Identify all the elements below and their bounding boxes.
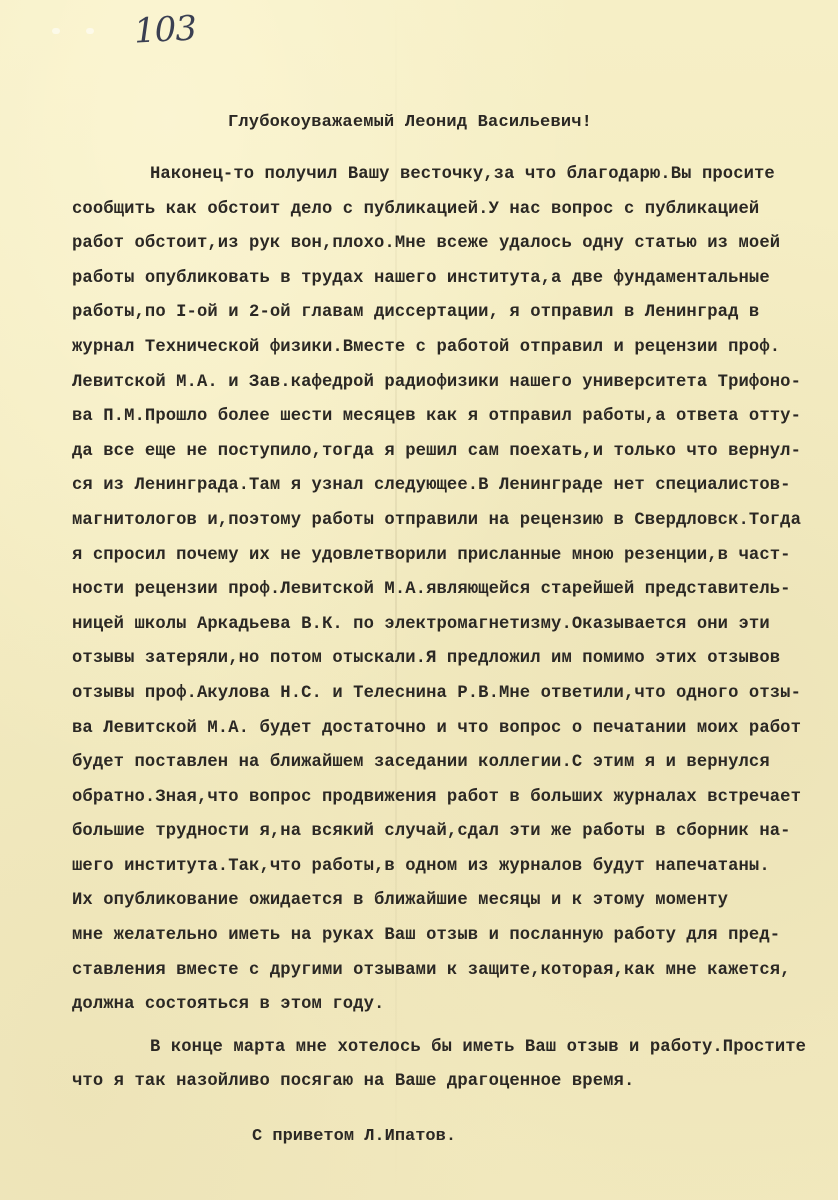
text-line: отзывы затеряли,но потом отыскали.Я пред… — [72, 642, 832, 677]
text-line: да все еще не поступило,тогда я решил са… — [72, 435, 832, 470]
text-line: должна состояться в этом году. — [72, 988, 832, 1023]
text-line: ся из Ленинграда.Там я узнал следующее.В… — [72, 469, 832, 504]
text-line: шего института.Так,что работы,в одном из… — [72, 850, 832, 885]
salutation: Глубокоуважаемый Леонид Васильевич! — [228, 113, 592, 132]
text-line: работы опубликовать в трудах нашего инст… — [72, 262, 832, 297]
text-line: ности рецензии проф.Левитской М.А.являющ… — [72, 573, 832, 608]
text-line: что я так назойливо посягаю на Ваше драг… — [72, 1065, 832, 1100]
text-line: В конце марта мне хотелось бы иметь Ваш … — [72, 1031, 832, 1066]
text-line: большие трудности я,на всякий случай,сда… — [72, 815, 832, 850]
punch-mark — [86, 28, 94, 34]
text-line: ва Левитской М.А. будет достаточно и что… — [72, 712, 832, 747]
text-line: я спросил почему их не удовлетворили при… — [72, 539, 832, 574]
text-line: ва П.М.Прошло более шести месяцев как я … — [72, 400, 832, 435]
signature: С приветом Л.Ипатов. — [252, 1127, 456, 1146]
text-line: Наконец-то получил Вашу весточку,за что … — [72, 158, 832, 193]
text-line: ставления вместе с другими отзывами к за… — [72, 954, 832, 989]
text-line: работ обстоит,из рук вон,плохо.Мне всеже… — [72, 227, 832, 262]
text-line: обратно.Зная,что вопрос продвижения рабо… — [72, 781, 832, 816]
letter-page: 103 Глубокоуважаемый Леонид Васильевич! … — [0, 0, 838, 1200]
text-line: журнал Технической физики.Вместе с работ… — [72, 331, 832, 366]
text-line: сообщить как обстоит дело с публикацией.… — [72, 193, 832, 228]
text-line: мне желательно иметь на руках Ваш отзыв … — [72, 919, 832, 954]
text-line: работы,по I-ой и 2-ой главам диссертации… — [72, 296, 832, 331]
text-line: Левитской М.А. и Зав.кафедрой радиофизик… — [72, 366, 832, 401]
text-line: магнитологов и,поэтому работы отправили … — [72, 504, 832, 539]
text-line: Их опубликование ожидается в ближайшие м… — [72, 884, 832, 919]
handwritten-page-number: 103 — [133, 8, 197, 51]
letter-body: Наконец-то получил Вашу весточку,за что … — [72, 158, 832, 1100]
text-line: будет поставлен на ближайшем заседании к… — [72, 746, 832, 781]
text-line: отзывы проф.Акулова Н.С. и Телеснина Р.В… — [72, 677, 832, 712]
punch-mark — [52, 28, 60, 34]
text-line: ницей школы Аркадьева В.К. по электромаг… — [72, 608, 832, 643]
